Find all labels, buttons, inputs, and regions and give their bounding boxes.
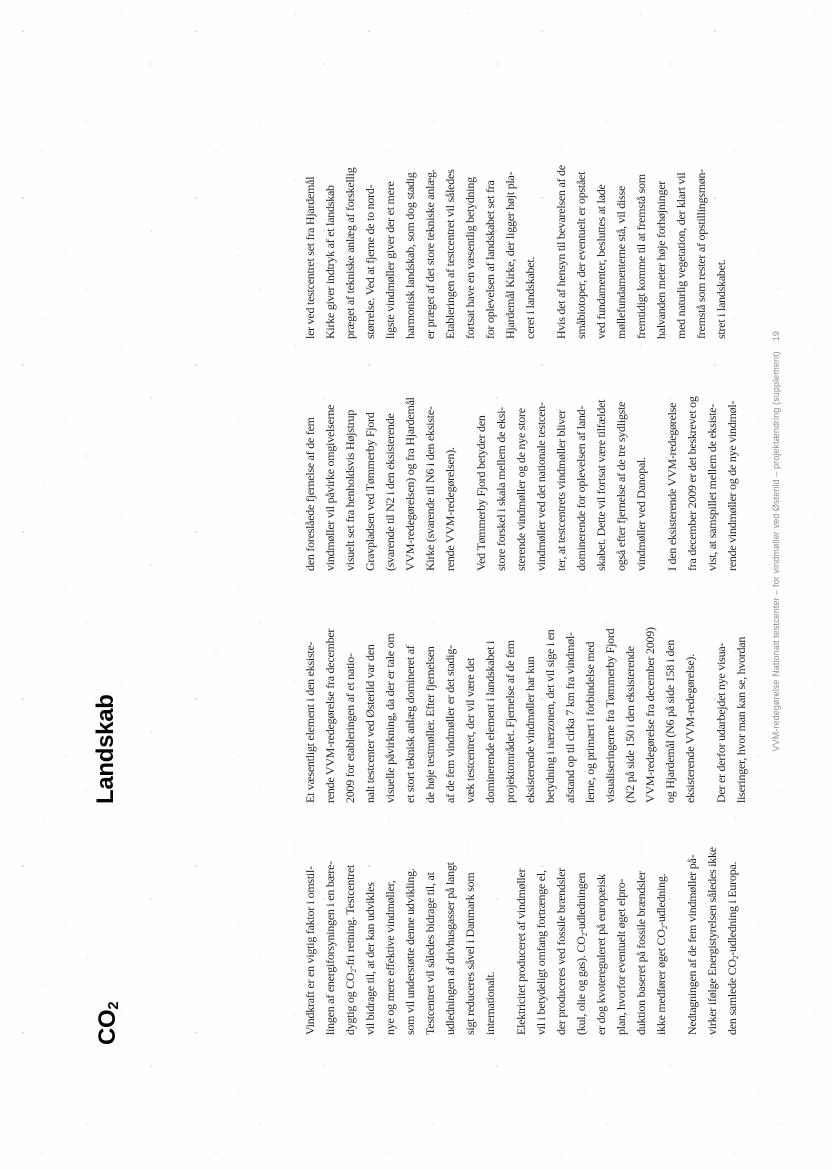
text-line: Ved Tømmerby Fjord betyder den <box>471 359 491 571</box>
text-line: visualiseringerne fra Tømmerby Fjord <box>600 591 620 803</box>
text-line: ikke medfører øget CO2-udledning. <box>651 823 671 1035</box>
text-line: rende vindmøller og de nye vindmøl- <box>722 359 742 571</box>
page-number: 19 <box>771 331 781 341</box>
paragraph: Nedtagningen af de fem vindmøller på-vir… <box>682 823 742 1035</box>
text-column-2: Et væsentligt element i den eksiste-rend… <box>300 591 751 803</box>
text-line: Kirke giver indtryk af et landskab <box>320 127 340 339</box>
paragraph: Et væsentligt element i den eksiste-rend… <box>300 591 700 803</box>
text-line: som vil understøtte denne udvikling. <box>400 823 420 1035</box>
text-line: Elektricitet produceret af vindmøller <box>511 823 531 1035</box>
text-line: dominerende element i landskabet i <box>480 591 500 803</box>
text-line: betydning i nærzonen, det vil sige i en <box>540 591 560 803</box>
text-line: den samlede CO2-udledning i Europa. <box>722 823 742 1035</box>
text-line: for oplevelsen af landskabet set fra <box>480 127 500 339</box>
text-column-3: den foreslåede fjernelse af de femvindmø… <box>300 359 742 571</box>
text-line: småbiotoper, der eventuelt er opstået <box>571 127 591 339</box>
paragraph: I den eksisterende VVM-redegørelsefra de… <box>662 359 742 571</box>
text-line: vindmøller ved det nationale testcen- <box>531 359 551 571</box>
paragraph: Der er derfor udarbejdet nye visua-liser… <box>711 591 751 803</box>
text-line: sterende vindmøller og de nye store <box>511 359 531 571</box>
text-line: store forskel i skala mellem de eksi- <box>491 359 511 571</box>
text-line: fremstå som rester af opstillingsmøn- <box>691 127 711 339</box>
text-line: nalt testcenter ved Østerild var den <box>360 591 380 803</box>
text-line: et stort teknisk anlæg domineret af <box>400 591 420 803</box>
footer-document-title: VVM-redegørelse Nationalt testcenter – f… <box>771 351 781 751</box>
text-line: rende VVM-redegørelse fra december <box>320 591 340 803</box>
text-line: ligste vindmøller giver der et mere <box>380 127 400 339</box>
text-line: med naturlig vegetation, der klart vil <box>671 127 691 339</box>
text-line: stret i landskabet. <box>711 127 731 339</box>
page-footer: VVM-redegørelse Nationalt testcenter – f… <box>771 331 781 751</box>
text-line: (kul, olie og gas). CO2-udledningen <box>571 823 591 1035</box>
text-line: dygtig og CO2-fri retning. Testcentret <box>340 823 360 1035</box>
text-line: Etableringen af testcentret vil således <box>440 127 460 339</box>
text-line: de høje testmøller. Efter fjernelsen <box>420 591 440 803</box>
text-line: og Hjardemål (N6 på side 158 i den <box>660 591 680 803</box>
text-line: Et væsentligt element i den eksiste- <box>300 591 320 803</box>
text-line: vindmøller vil påvirke omgivelserne <box>320 359 340 571</box>
text-line: ved fundamenter, besluttes at lade <box>591 127 611 339</box>
text-line: visuelle påvirkning, da der er tale om <box>380 591 400 803</box>
paragraph: Ved Tømmerby Fjord betyder denstore fors… <box>471 359 651 571</box>
text-line: ceret i landskabet. <box>520 127 540 339</box>
text-line: VVM-redegørelse fra december 2009) <box>640 591 660 803</box>
text-line: der produceres ved fossile brændsler <box>551 823 571 1035</box>
text-line: er dog kvotereguleret på europæisk <box>591 823 611 1035</box>
text-line: (N2 på side 150 i den eksisterende <box>620 591 640 803</box>
text-line: lerne, og primært i forbindelse med <box>580 591 600 803</box>
text-line: fremtidigt komme til at fremstå som <box>631 127 651 339</box>
text-line: nye og mere effektive vindmøller, <box>380 823 400 1035</box>
text-line: Testcentret vil således bidrage til, at <box>420 823 440 1035</box>
text-line: skabet. Dette vil fortsat være tilfældet <box>591 359 611 571</box>
text-line: projektområdet. Fjernelse af de fem <box>500 591 520 803</box>
text-line: fortsat have en væsentlig betydning <box>460 127 480 339</box>
scanned-document: CO2 Landskab Vindkraft er en vigtig fakt… <box>0 0 832 1169</box>
text-line: størrelse. Ved at fjerne de to nord- <box>360 127 380 339</box>
text-line: Hjardemål Kirke, der ligger højt pla- <box>500 127 520 339</box>
text-line: fra december 2009 er det beskrevet og <box>682 359 702 571</box>
paragraph: Elektricitet produceret af vindmøllervil… <box>511 823 671 1035</box>
text-line: Hvis det af hensyn til bevarelsen af de <box>551 127 571 339</box>
paragraph: Hvis det af hensyn til bevarelsen af des… <box>551 127 731 339</box>
text-line: vil bidrage til, at der kan udvikles <box>360 823 380 1035</box>
text-line: visuelt set fra henholdsvis Højstrup <box>340 359 360 571</box>
text-line: vil i betydeligt omfang fortrænge el, <box>531 823 551 1035</box>
text-line: rende VVM-redegørelsen). <box>440 359 460 571</box>
document-page: CO2 Landskab Vindkraft er en vigtig fakt… <box>0 0 832 1169</box>
text-line: ter, at testcentrets vindmøller bliver <box>551 359 571 571</box>
text-line: virker ifølge Energistyrelsen således ik… <box>702 823 722 1035</box>
paragraph: ler ved testcentret set fra HjardemålKir… <box>300 127 540 339</box>
text-line: eksisterende VVM-redegørelse). <box>680 591 700 803</box>
text-line: er præget af det store tekniske anlæg. <box>420 127 440 339</box>
text-line: møllefundamenterne stå, vil disse <box>611 127 631 339</box>
text-line: afstand op til cirka 7 km fra vindmøl- <box>560 591 580 803</box>
text-line: dominerende for oplevelsen af land- <box>571 359 591 571</box>
text-line: (svarende til N2 i den eksisterende <box>380 359 400 571</box>
text-line: harmonisk landskab, som dog stadig <box>400 127 420 339</box>
text-line: Vindkraft er en vigtig faktor i omstil- <box>300 823 320 1035</box>
text-line: duktion baseret på fossile brændsler <box>631 823 651 1035</box>
text-line: væk testcentret, der vil være det <box>460 591 480 803</box>
section-heading-co2: CO2 <box>96 1002 120 1045</box>
section-heading-landskab: Landskab <box>94 694 118 804</box>
text-line: halvanden meter høje forhøjninger <box>651 127 671 339</box>
text-line: præget af tekniske anlæg af forskellig <box>340 127 360 339</box>
text-line: udledningen af drivhusgasser på langt <box>440 823 460 1035</box>
text-column-1: Vindkraft er en vigtig faktor i omstil-l… <box>300 823 742 1035</box>
text-line: I den eksisterende VVM-redegørelse <box>662 359 682 571</box>
text-line: sigt reduceres såvel i Danmark som <box>460 823 480 1035</box>
text-line: Der er derfor udarbejdet nye visua- <box>711 591 731 803</box>
text-line: 2009 for etableringen af et natio- <box>340 591 360 803</box>
text-line: internationalt. <box>480 823 500 1035</box>
text-line: Gravpladsen ved Tømmerby Fjord <box>360 359 380 571</box>
text-line: Nedtagningen af de fem vindmøller på- <box>682 823 702 1035</box>
paragraph: Vindkraft er en vigtig faktor i omstil-l… <box>300 823 500 1035</box>
text-line: også efter fjernelse af de tre sydligste <box>611 359 631 571</box>
paragraph: den foreslåede fjernelse af de femvindmø… <box>300 359 460 571</box>
text-line: eksisterende vindmøller har kun <box>520 591 540 803</box>
text-line: liseringer, hvor man kan se, hvordan <box>731 591 751 803</box>
text-line: plan, hvorfor eventuelt øget elpro- <box>611 823 631 1035</box>
text-line: Kirke (svarende til N6 i den eksiste- <box>420 359 440 571</box>
text-line: lingen af energiforsyningen i en bære- <box>320 823 340 1035</box>
text-line: vist, at samspillet mellem de eksiste- <box>702 359 722 571</box>
text-line: den foreslåede fjernelse af de fem <box>300 359 320 571</box>
text-line: ler ved testcentret set fra Hjardemål <box>300 127 320 339</box>
text-line: af de fem vindmøller er det stadig- <box>440 591 460 803</box>
text-column-4: ler ved testcentret set fra HjardemålKir… <box>300 127 731 339</box>
text-line: VVM-redegørelsen) og fra Hjardemål <box>400 359 420 571</box>
text-line: vindmøller ved Danopal. <box>631 359 651 571</box>
